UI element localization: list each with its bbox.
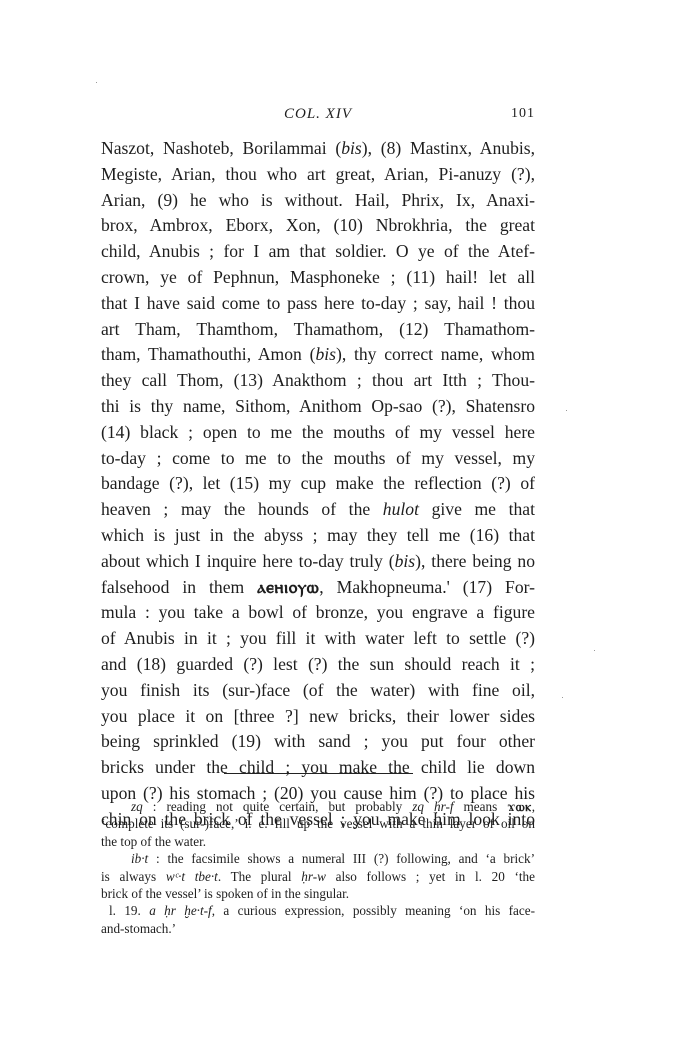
footnote-line: ‘complete its (sur-)face,’ i. e. fill up… [101,815,535,832]
text-line: child, Anubis ; for I am that soldier. O… [101,239,535,265]
text-line: Arian, (9) he who is without. Hail, Phri… [101,188,535,214]
text-line: to-day ; come to me to the mouths of my … [101,446,535,472]
text-line: Naszot, Nashoteb, Borilammai (bis), (8) … [101,136,535,162]
coptic-word: ⲁⲉⲏⲓⲟⲩⲱ [257,577,319,597]
footnotes: zq : reading not quite certain, but prob… [101,798,535,937]
text-line: bandage (?), let (15) my cup make the re… [101,471,535,497]
running-head: COL. XIV 101 [101,106,535,126]
italic-term: hulot [383,499,419,519]
text-line: heaven ; may the hounds of the hulot giv… [101,497,535,523]
text-line: thi is thy name, Sithom, Anithom Op-sao … [101,394,535,420]
italic-term: bis [395,551,416,571]
italic-term: zq [131,799,143,814]
text-line: tham, Thamathouthi, Amon (bis), thy corr… [101,342,535,368]
italic-term: wᶜ·t tbe·t [166,869,218,884]
text-line: and (18) guarded (?) lest (?) the sun sh… [101,652,535,678]
italic-term: ḥr-w [301,869,326,884]
paper-speck [562,697,563,698]
paper-speck [566,410,567,411]
text-line: bricks under the child ; you make the ch… [101,755,535,781]
column-title: COL. XIV [101,106,535,123]
italic-term: ib·t [131,851,148,866]
coptic-word: ϫⲱⲕ [507,799,531,814]
paper-speck [96,82,97,83]
footnote-separator [224,773,413,774]
text-line: crown, ye of Pephnun, Masphoneke ; (11) … [101,265,535,291]
italic-term: a ḥr ḫe·t-f [149,903,212,918]
footnote-line: ib·t : the facsimile shows a numeral III… [101,850,535,867]
text-line: you finish its (sur-)face (of the water)… [101,678,535,704]
italic-term: zq ḥr-f [412,799,453,814]
italic-term: bis [341,138,362,158]
text-line: falsehood in them ⲁⲉⲏⲓⲟⲩⲱ, Makhopneuma.'… [101,575,535,601]
main-text: Naszot, Nashoteb, Borilammai (bis), (8) … [101,136,535,833]
text-line: of Anubis in it ; you fill it with water… [101,626,535,652]
footnote-line: and-stomach.’ [101,920,535,937]
book-page: COL. XIV 101 Naszot, Nashoteb, Borilamma… [0,0,681,1044]
footnote-line: the top of the water. [101,833,535,850]
text-line: being sprinkled (19) with sand ; you put… [101,729,535,755]
text-line: about which I inquire here to-day truly … [101,549,535,575]
page-number: 101 [511,106,535,122]
text-line: Megiste, Arian, thou who art great, Aria… [101,162,535,188]
text-line: (14) black ; open to me the mouths of my… [101,420,535,446]
italic-term: bis [315,344,336,364]
footnote-line: brick of the vessel’ is spoken of in the… [101,885,535,902]
footnote-line: is always wᶜ·t tbe·t. The plural ḥr-w al… [101,868,535,885]
text-line: mula : you take a bowl of bronze, you en… [101,600,535,626]
text-line: which is just in the abyss ; may they te… [101,523,535,549]
text-line: they call Thom, (13) Anakthom ; thou art… [101,368,535,394]
text-line: art Tham, Thamthom, Thamathom, (12) Tham… [101,317,535,343]
text-line: brox, Ambrox, Eborx, Xon, (10) Nbrokhria… [101,213,535,239]
text-line: that I have said come to pass here to-da… [101,291,535,317]
paper-speck [594,650,595,651]
footnote-line: zq : reading not quite certain, but prob… [101,798,535,815]
text-line: you place it on [three ?] new bricks, th… [101,704,535,730]
footnote-line: l. 19. a ḥr ḫe·t-f, a curious expression… [101,902,535,919]
